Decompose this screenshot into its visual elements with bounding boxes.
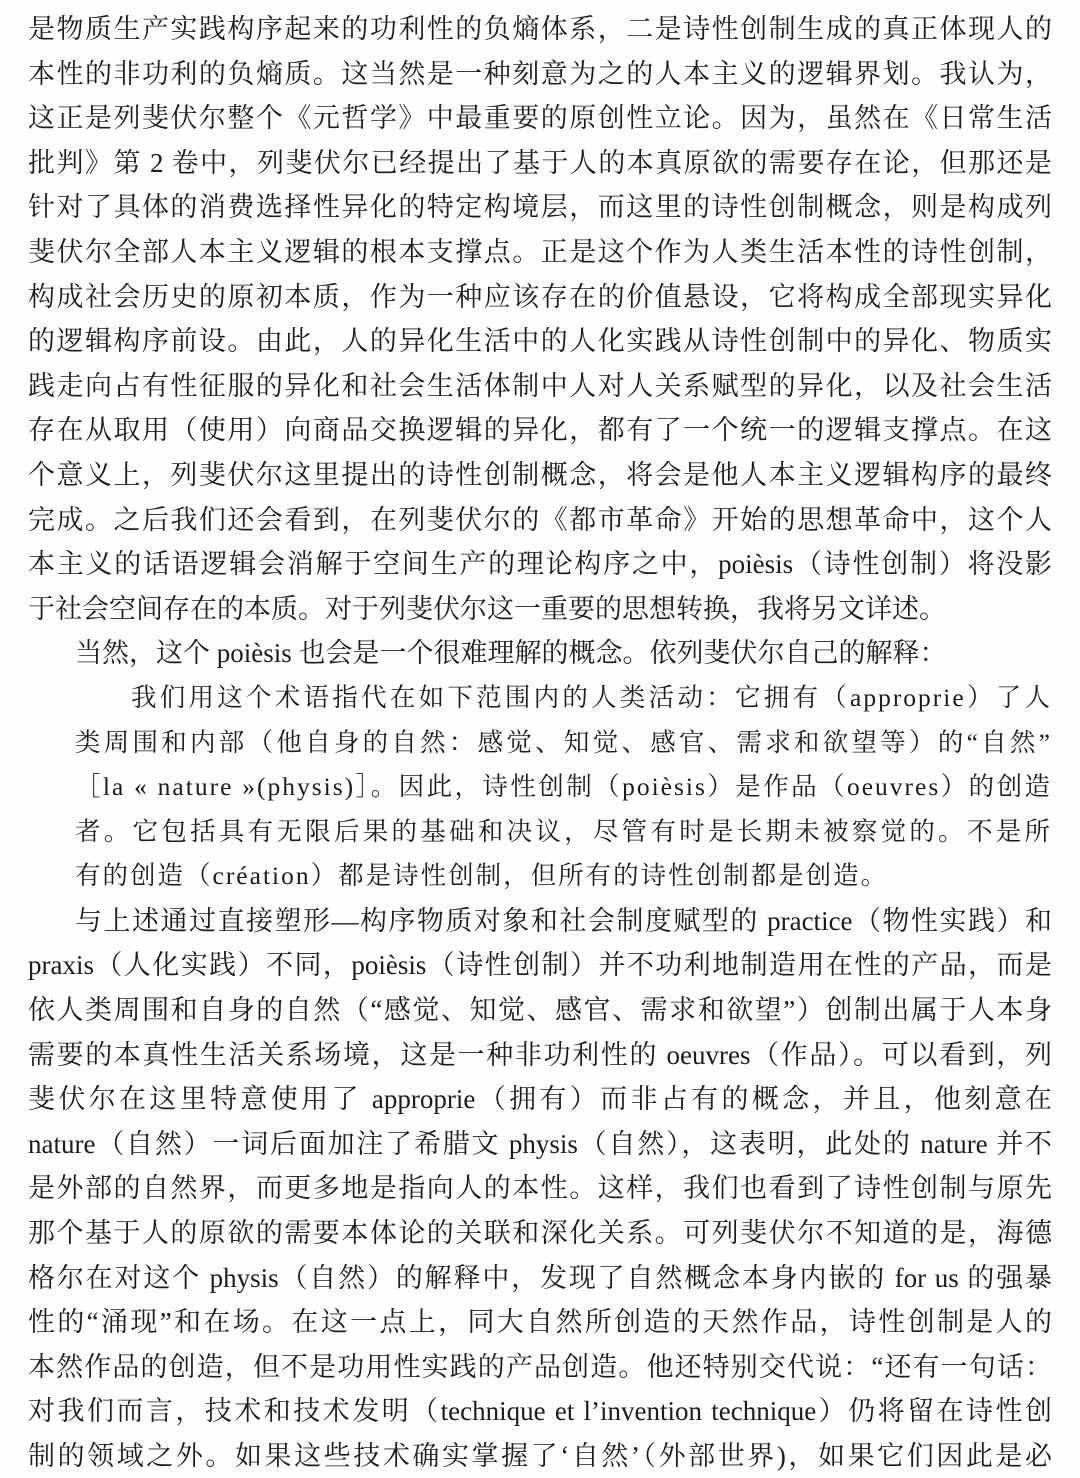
text-line: 斐伏尔全部人本主义逻辑的根本支撑点。正是这个作为人类生活本性的诗性创制， <box>28 230 1052 275</box>
text-line: 斐伏尔在这里特意使用了 approprie（拥有）而非占有的概念，并且，他刻意在 <box>28 1077 1052 1122</box>
paragraph: 与上述通过直接塑形—构序物质对象和社会制度赋型的 practice（物性实践）和… <box>28 899 1052 1478</box>
text-line: 有的创造（création）都是诗性创制，但所有的诗性创制都是创造。 <box>75 854 1052 899</box>
text-line: 需要的本真性生活关系场境，这是一种非功利性的 oeuvres（作品）。可以看到，… <box>28 1033 1052 1078</box>
text-line: 这正是列斐伏尔整个《元哲学》中最重要的原创性立论。因为，虽然在《日常生活 <box>28 96 1052 141</box>
text-line: 批判》第 2 卷中，列斐伏尔已经提出了基于人的本真原欲的需要存在论，但那还是 <box>28 141 1052 186</box>
text-line: 类周围和内部（他自身的自然：感觉、知觉、感官、需求和欲望等）的“自然” <box>75 721 1052 766</box>
text-line: 我们用这个术语指代在如下范围内的人类活动：它拥有（approprie）了人 <box>75 676 1052 721</box>
block-quote: 我们用这个术语指代在如下范围内的人类活动：它拥有（approprie）了人类周围… <box>28 676 1052 899</box>
text-line: 者。它包括具有无限后果的基础和决议，尽管有时是长期未被察觉的。不是所 <box>75 810 1052 855</box>
text-line: 与上述通过直接塑形—构序物质对象和社会制度赋型的 practice（物性实践）和 <box>28 899 1052 944</box>
text-line: 对我们而言，技术和技术发明（technique et l’invention t… <box>28 1389 1052 1434</box>
paragraph: 是物质生产实践构序起来的功利性的负熵体系，二是诗性创制生成的真正体现人的本性的非… <box>28 7 1052 631</box>
text-line: 性的“涌现”和在场。在这一点上，同大自然所创造的天然作品，诗性创制是人的 <box>28 1300 1052 1345</box>
text-line: 的逻辑构序前设。由此，人的异化生活中的人化实践从诗性创制中的异化、物质实 <box>28 319 1052 364</box>
paragraph: 当然，这个 poièsis 也会是一个很难理解的概念。依列斐伏尔自己的解释： <box>28 631 1052 676</box>
text-line: 构成社会历史的原初本质，作为一种应该存在的价值悬设，它将构成全部现实异化 <box>28 275 1052 320</box>
text-line: 依人类周围和自身的自然（“感觉、知觉、感官、需求和欲望”）创制出属于人本身 <box>28 988 1052 1033</box>
text-line: 于社会空间存在的本质。对于列斐伏尔这一重要的思想转换，我将另文详述。 <box>28 587 1052 632</box>
text-line: 存在从取用（使用）向商品交换逻辑的异化，都有了一个统一的逻辑支撑点。在这 <box>28 408 1052 453</box>
text-line: 个意义上，列斐伏尔这里提出的诗性创制概念，将会是他人本主义逻辑构序的最终 <box>28 453 1052 498</box>
text-line: 那个基于人的原欲的需要本体论的关联和深化关系。可列斐伏尔不知道的是，海德 <box>28 1211 1052 1256</box>
text-line: ［la « nature »(physis)］。因此，诗性创制（poièsis）… <box>75 765 1052 810</box>
text-line: 当然，这个 poièsis 也会是一个很难理解的概念。依列斐伏尔自己的解释： <box>28 631 1052 676</box>
text-line: nature（自然）一词后面加注了希腊文 physis（自然），这表明，此处的 … <box>28 1122 1052 1167</box>
text-line: 本性的非功利的负熵质。这当然是一种刻意为之的人本主义的逻辑界划。我认为， <box>28 52 1052 97</box>
text-line: 是物质生产实践构序起来的功利性的负熵体系，二是诗性创制生成的真正体现人的 <box>28 7 1052 52</box>
text-line: 完成。之后我们还会看到，在列斐伏尔的《都市革命》开始的思想革命中，这个人 <box>28 498 1052 543</box>
document-page: 是物质生产实践构序起来的功利性的负熵体系，二是诗性创制生成的真正体现人的本性的非… <box>0 0 1080 1478</box>
text-line: 制的领域之外。如果这些技术确实掌握了‘自然’（外部世界)，如果它们因此是必 <box>28 1434 1052 1478</box>
text-line: 是外部的自然界，而更多地是指向人的本性。这样，我们也看到了诗性创制与原先 <box>28 1166 1052 1211</box>
text-line: 格尔在对这个 physis（自然）的解释中，发现了自然概念本身内嵌的 for u… <box>28 1256 1052 1301</box>
text-line: 践走向占有性征服的异化和社会生活体制中人对人关系赋型的异化，以及社会生活 <box>28 364 1052 409</box>
text-line: praxis（人化实践）不同，poièsis（诗性创制）并不功利地制造用在性的产… <box>28 943 1052 988</box>
text-line: 针对了具体的消费选择性异化的特定构境层，而这里的诗性创制概念，则是构成列 <box>28 185 1052 230</box>
text-line: 本主义的话语逻辑会消解于空间生产的理论构序之中，poièsis（诗性创制）将没影 <box>28 542 1052 587</box>
text-line: 本然作品的创造，但不是功用性实践的产品创造。他还特别交代说：“还有一句话： <box>28 1345 1052 1390</box>
